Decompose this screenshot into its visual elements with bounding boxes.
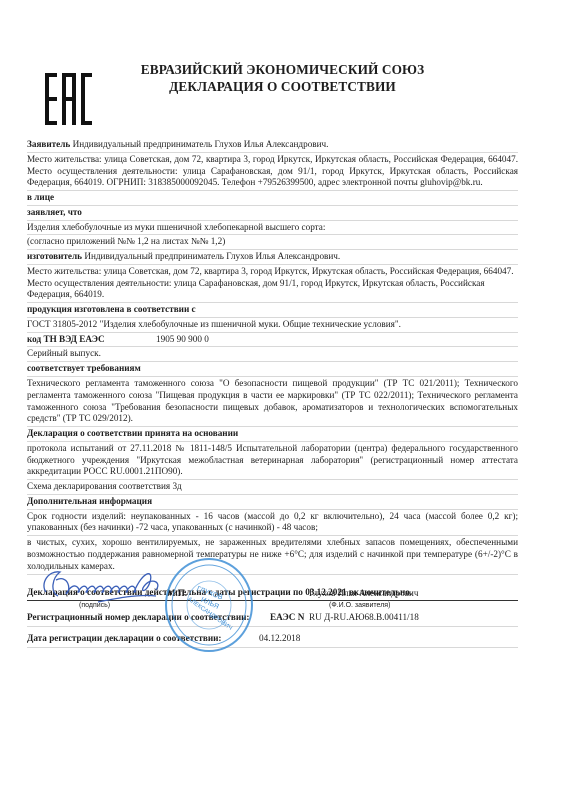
basis-label: Декларация о соответствии принята на осн… [27,427,518,442]
tnved-row: код ТН ВЭД ЕАЭС1905 90 900 0 [27,333,518,348]
shelf-life: Срок годности изделий: неупакованных - 1… [27,510,518,537]
product-annex: (согласно приложений №№ 1,2 на листах №№… [27,235,518,250]
manufacturer-name: Индивидуальный предприниматель Глухов Ил… [82,251,340,261]
basis-protocol: протокола испытаний от 27.11.2018 № 1811… [27,442,518,480]
declaration-scheme: Схема декларирования соответствия 3д [27,480,518,495]
manufacturer-row: изготовитель Индивидуальный предпринимат… [27,250,518,265]
signer-name: Глухов Илья Александрович [309,588,418,600]
complies-regulations: Технического регламента таможенного союз… [27,377,518,427]
serial-release: Серийный выпуск. [27,347,518,362]
applicant-details: Место жительства: улица Советская, дом 7… [27,153,518,191]
manufacturer-label: изготовитель [27,251,82,261]
registration-number-prefix: ЕАЭС N [270,612,304,624]
registration-date-value: 04.12.2018 [259,633,300,645]
applicant-row: Заявитель Индивидуальный предприниматель… [27,138,518,153]
in-person-label: в лице [27,191,518,206]
produced-per-label: продукция изготовлена в соответствии с [27,303,518,318]
applicant-name: Индивидуальный предприниматель Глухов Ил… [70,139,328,149]
registration-date-row: Дата регистрации декларации о соответств… [27,633,518,648]
document-header: ЕВРАЗИЙСКИЙ ЭКОНОМИЧЕСКИЙ СОЮЗ ДЕКЛАРАЦИ… [60,61,505,95]
additional-info-label: Дополнительная информация [27,495,518,510]
manufacturer-details: Место жительства: улица Советская, дом 7… [27,265,518,303]
union-title: ЕВРАЗИЙСКИЙ ЭКОНОМИЧЕСКИЙ СОЮЗ [60,61,505,78]
name-caption: (Ф.И.О. заявителя) [329,602,390,611]
declares-label: заявляет, что [27,206,518,221]
tnved-code: 1905 90 900 0 [156,334,209,344]
registration-number-row: Регистрационный номер декларации о соотв… [27,612,518,627]
product-name: Изделия хлебобулочные из муки пшеничной … [27,221,518,236]
declaration-body: Заявитель Индивидуальный предприниматель… [27,138,518,599]
declaration-title: ДЕКЛАРАЦИЯ О СООТВЕТСТВИИ [60,78,505,95]
complies-label: соответствует требованиям [27,362,518,377]
round-seal-icon: ГЛУХОВ ИЛЬЯ АЛЕКСАНДРОВИЧ [163,555,255,655]
registration-number-value: RU Д-RU.АЮ68.В.00411/18 [309,612,419,624]
produced-per-standard: ГОСТ 31805-2012 "Изделия хлебобулочные и… [27,318,518,333]
tnved-label: код ТН ВЭД ЕАЭС [27,334,156,346]
applicant-label: Заявитель [27,139,70,149]
